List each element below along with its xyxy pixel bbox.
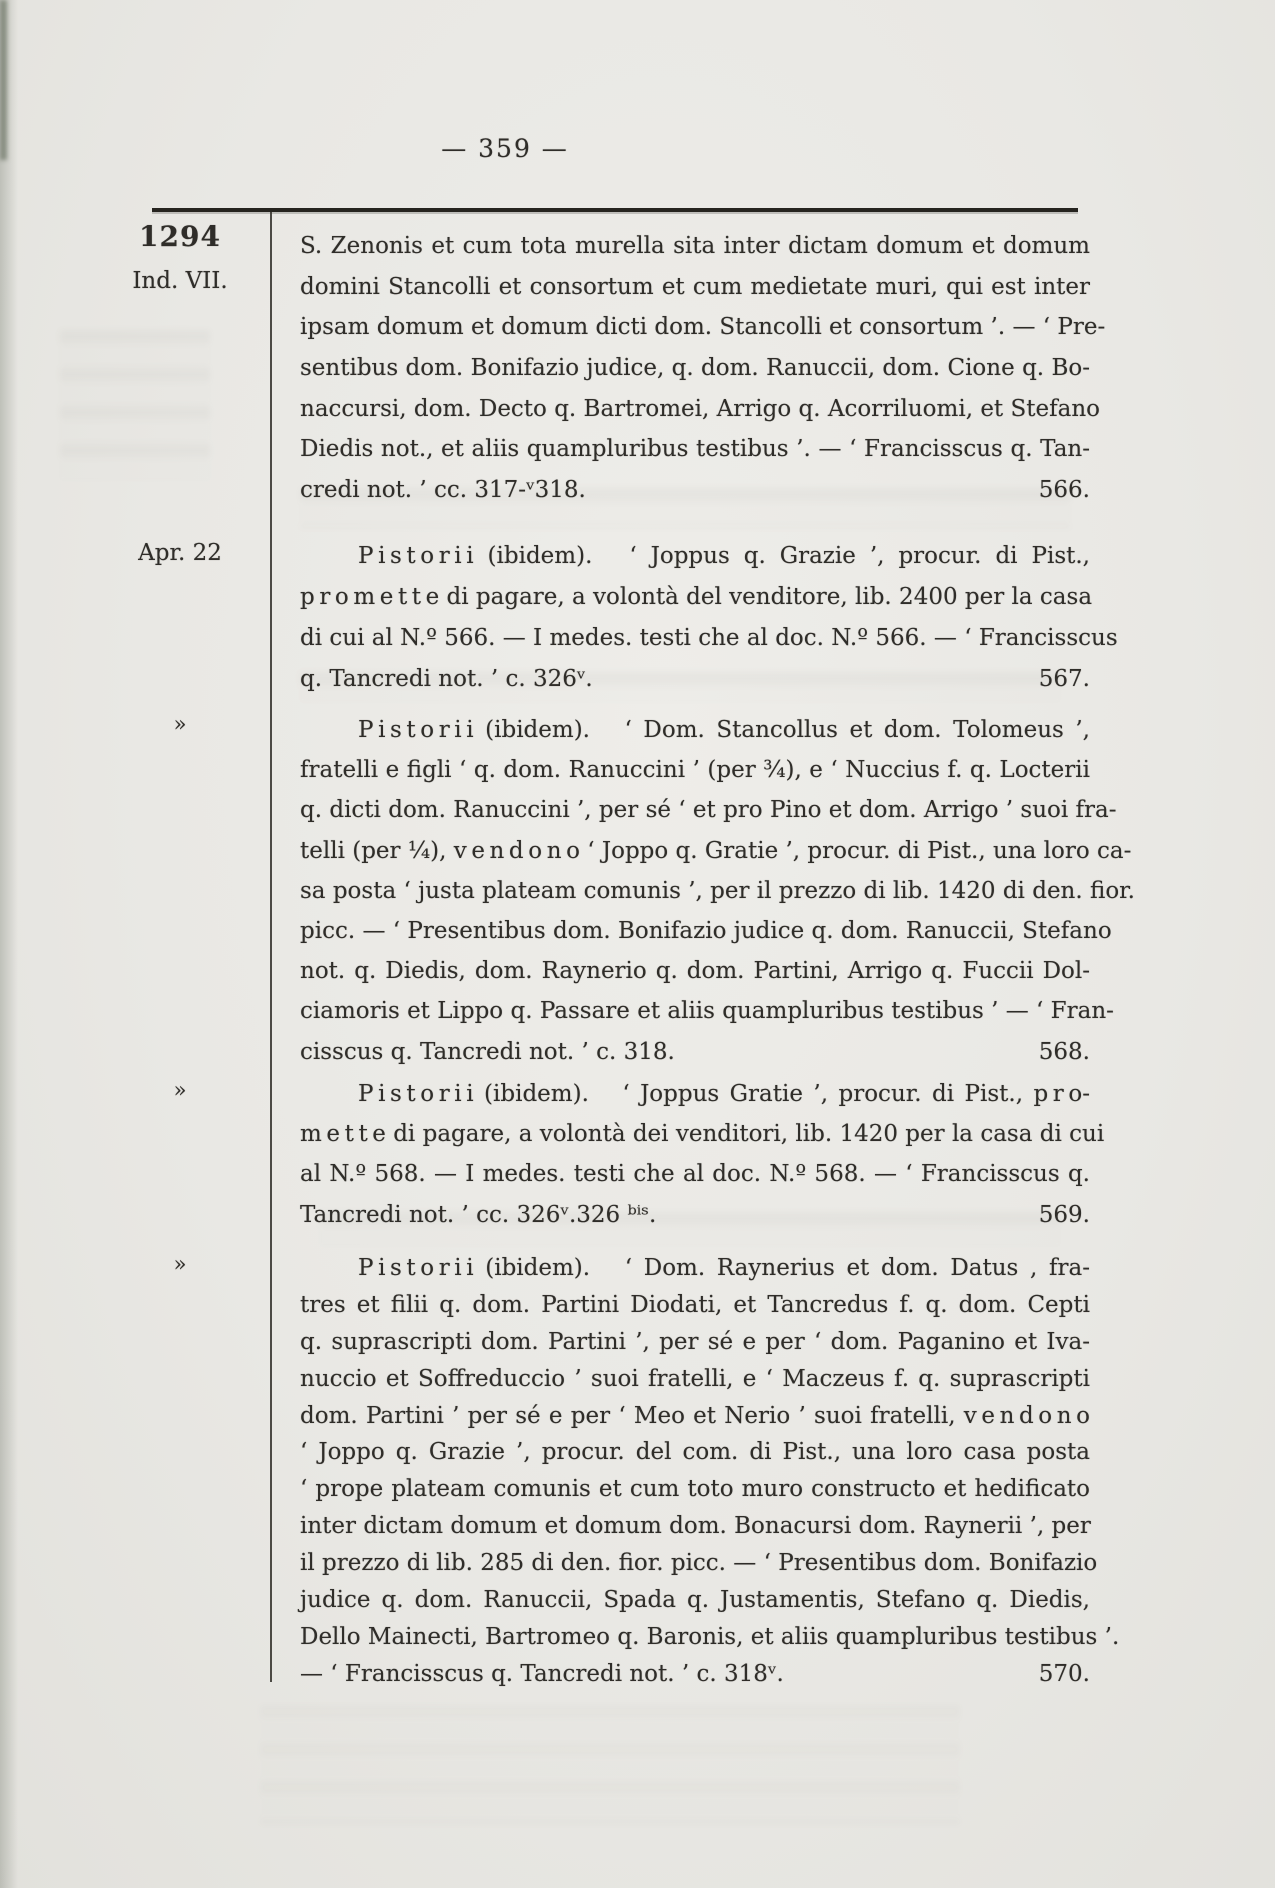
bleed-through-artifact	[60, 330, 210, 480]
text-line: q. dicti dom. Ranuccini ’, per sé ‘ et p…	[300, 790, 1090, 830]
text-line: P i s t o r i i (ibidem). ‘ Dom. Rayneri…	[300, 1250, 1090, 1287]
entry-569: P i s t o r i i (ibidem). ‘ Joppus Grati…	[300, 1074, 1090, 1235]
text-line: ‘ prope plateam comunis et cum toto muro…	[300, 1471, 1090, 1508]
text-line: not. q. Diedis, dom. Raynerio q. dom. Pa…	[300, 951, 1090, 991]
text-line: tres et filii q. dom. Partini Diodati, e…	[300, 1287, 1090, 1324]
text-line: picc. — ‘ Presentibus dom. Bonifazio jud…	[300, 911, 1090, 951]
entry-566: S. Zenonis et cum tota murella sita inte…	[300, 226, 1090, 511]
text-line: p r o m e t t e di pagare, a volontà del…	[300, 577, 1090, 618]
text-line: P i s t o r i i (ibidem). ‘ Joppus q. Gr…	[300, 536, 1090, 577]
text-line: naccursi, dom. Decto q. Bartromei, Arrig…	[300, 389, 1090, 430]
page-number: — 359 —	[150, 134, 860, 163]
text-line: domini Stancolli et consortum et cum med…	[300, 267, 1090, 308]
text-line: nuccio et Soffreduccio ’ suoi fratelli, …	[300, 1361, 1090, 1398]
text-line: telli (per ¼), v e n d o n o ‘ Joppo q. …	[300, 831, 1090, 871]
text-line: fratelli e figli ‘ q. dom. Ranuccini ’ (…	[300, 750, 1090, 790]
entry-570: P i s t o r i i (ibidem). ‘ Dom. Rayneri…	[300, 1250, 1090, 1693]
margin-indiction: Ind. VII.	[100, 268, 260, 294]
text-line: sa posta ‘ justa plateam comunis ’, per …	[300, 871, 1090, 911]
margin-date: Apr. 22	[100, 540, 260, 566]
text-line: P i s t o r i i (ibidem). ‘ Dom. Stancol…	[300, 710, 1090, 750]
bleed-through-artifact	[260, 1705, 960, 1825]
text-line: cisscus q. Tancredi not. ’ c. 318.	[300, 1032, 675, 1072]
header-rule	[152, 208, 1078, 212]
margin-year: 1294	[100, 220, 260, 253]
entry-ref-number: 570.	[1019, 1656, 1090, 1693]
text-line: Tancredi not. ’ cc. 326ᵛ.326 ᵇⁱˢ.	[300, 1195, 656, 1235]
margin-divider-rule	[270, 212, 272, 1682]
entry-ref-number: 566.	[1019, 470, 1090, 511]
entry-ref-number: 569.	[1019, 1195, 1090, 1235]
entry-ref-number: 567.	[1019, 659, 1090, 700]
scan-edge-mark	[0, 0, 7, 160]
text-line: P i s t o r i i (ibidem). ‘ Joppus Grati…	[300, 1074, 1090, 1114]
text-line: — ‘ Francisscus q. Tancredi not. ’ c. 31…	[300, 1656, 784, 1693]
text-line: ipsam domum et domum dicti dom. Stancoll…	[300, 307, 1090, 348]
entry-568: P i s t o r i i (ibidem). ‘ Dom. Stancol…	[300, 710, 1090, 1072]
text-line: di cui al N.º 566. — I medes. testi che …	[300, 618, 1090, 659]
text-line: Dello Mainecti, Bartromeo q. Baronis, et…	[300, 1619, 1090, 1656]
text-line: Diedis not., et aliis quampluribus testi…	[300, 429, 1090, 470]
text-line: al N.º 568. — I medes. testi che al doc.…	[300, 1154, 1090, 1194]
text-line: ‘ Joppo q. Grazie ’, procur. del com. di…	[300, 1434, 1090, 1471]
text-line: m e t t e di pagare, a volontà dei vendi…	[300, 1114, 1090, 1154]
entry-567: P i s t o r i i (ibidem). ‘ Joppus q. Gr…	[300, 536, 1090, 700]
margin-date-ditto: »	[100, 712, 260, 736]
scan-edge-shadow	[0, 0, 18, 1888]
text-line: judice q. dom. Ranuccii, Spada q. Justam…	[300, 1582, 1090, 1619]
scanned-book-page: — 359 — 1294 Ind. VII. Apr. 22 » » » S. …	[0, 0, 1275, 1888]
text-line: credi not. ’ cc. 317-ᵛ318.	[300, 470, 586, 511]
text-line: sentibus dom. Bonifazio judice, q. dom. …	[300, 348, 1090, 389]
text-line: dom. Partini ’ per sé e per ‘ Meo et Ner…	[300, 1398, 1090, 1435]
text-line: q. Tancredi not. ’ c. 326ᵛ.	[300, 659, 593, 700]
margin-date-ditto: »	[100, 1078, 260, 1102]
margin-date-ditto: »	[100, 1252, 260, 1276]
entry-ref-number: 568.	[1019, 1032, 1090, 1072]
text-line: q. suprascripti dom. Partini ’, per sé e…	[300, 1324, 1090, 1361]
text-line: ciamoris et Lippo q. Passare et aliis qu…	[300, 991, 1090, 1031]
text-line: il prezzo di lib. 285 di den. fior. picc…	[300, 1545, 1090, 1582]
text-line: S. Zenonis et cum tota murella sita inte…	[300, 226, 1090, 267]
text-line: inter dictam domum et domum dom. Bonacur…	[300, 1508, 1090, 1545]
